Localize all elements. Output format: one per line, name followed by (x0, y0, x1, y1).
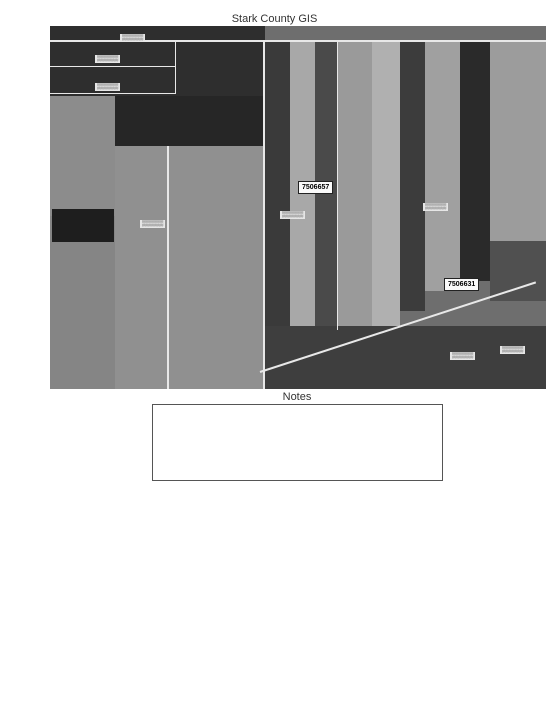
field-gray (50, 96, 115, 216)
woodland (115, 96, 265, 146)
field-gray-large (115, 146, 265, 389)
page-title: Stark County GIS (0, 13, 549, 25)
parcel-label-highlighted[interactable]: 7506657 (298, 181, 333, 194)
farmstead (52, 209, 114, 242)
notes-box[interactable] (152, 404, 443, 481)
gis-aerial-map[interactable]: ▒▒▒▒▒ ▒▒▒▒▒ ▒▒▒▒▒ ▒▒▒▒▒ ▒▒▒▒▒ ▒▒▒▒▒ ▒▒▒▒… (50, 26, 546, 389)
notes-label: Notes (0, 391, 549, 403)
parcel-label-highlighted[interactable]: 7506631 (444, 278, 479, 291)
field-dark (50, 26, 265, 96)
